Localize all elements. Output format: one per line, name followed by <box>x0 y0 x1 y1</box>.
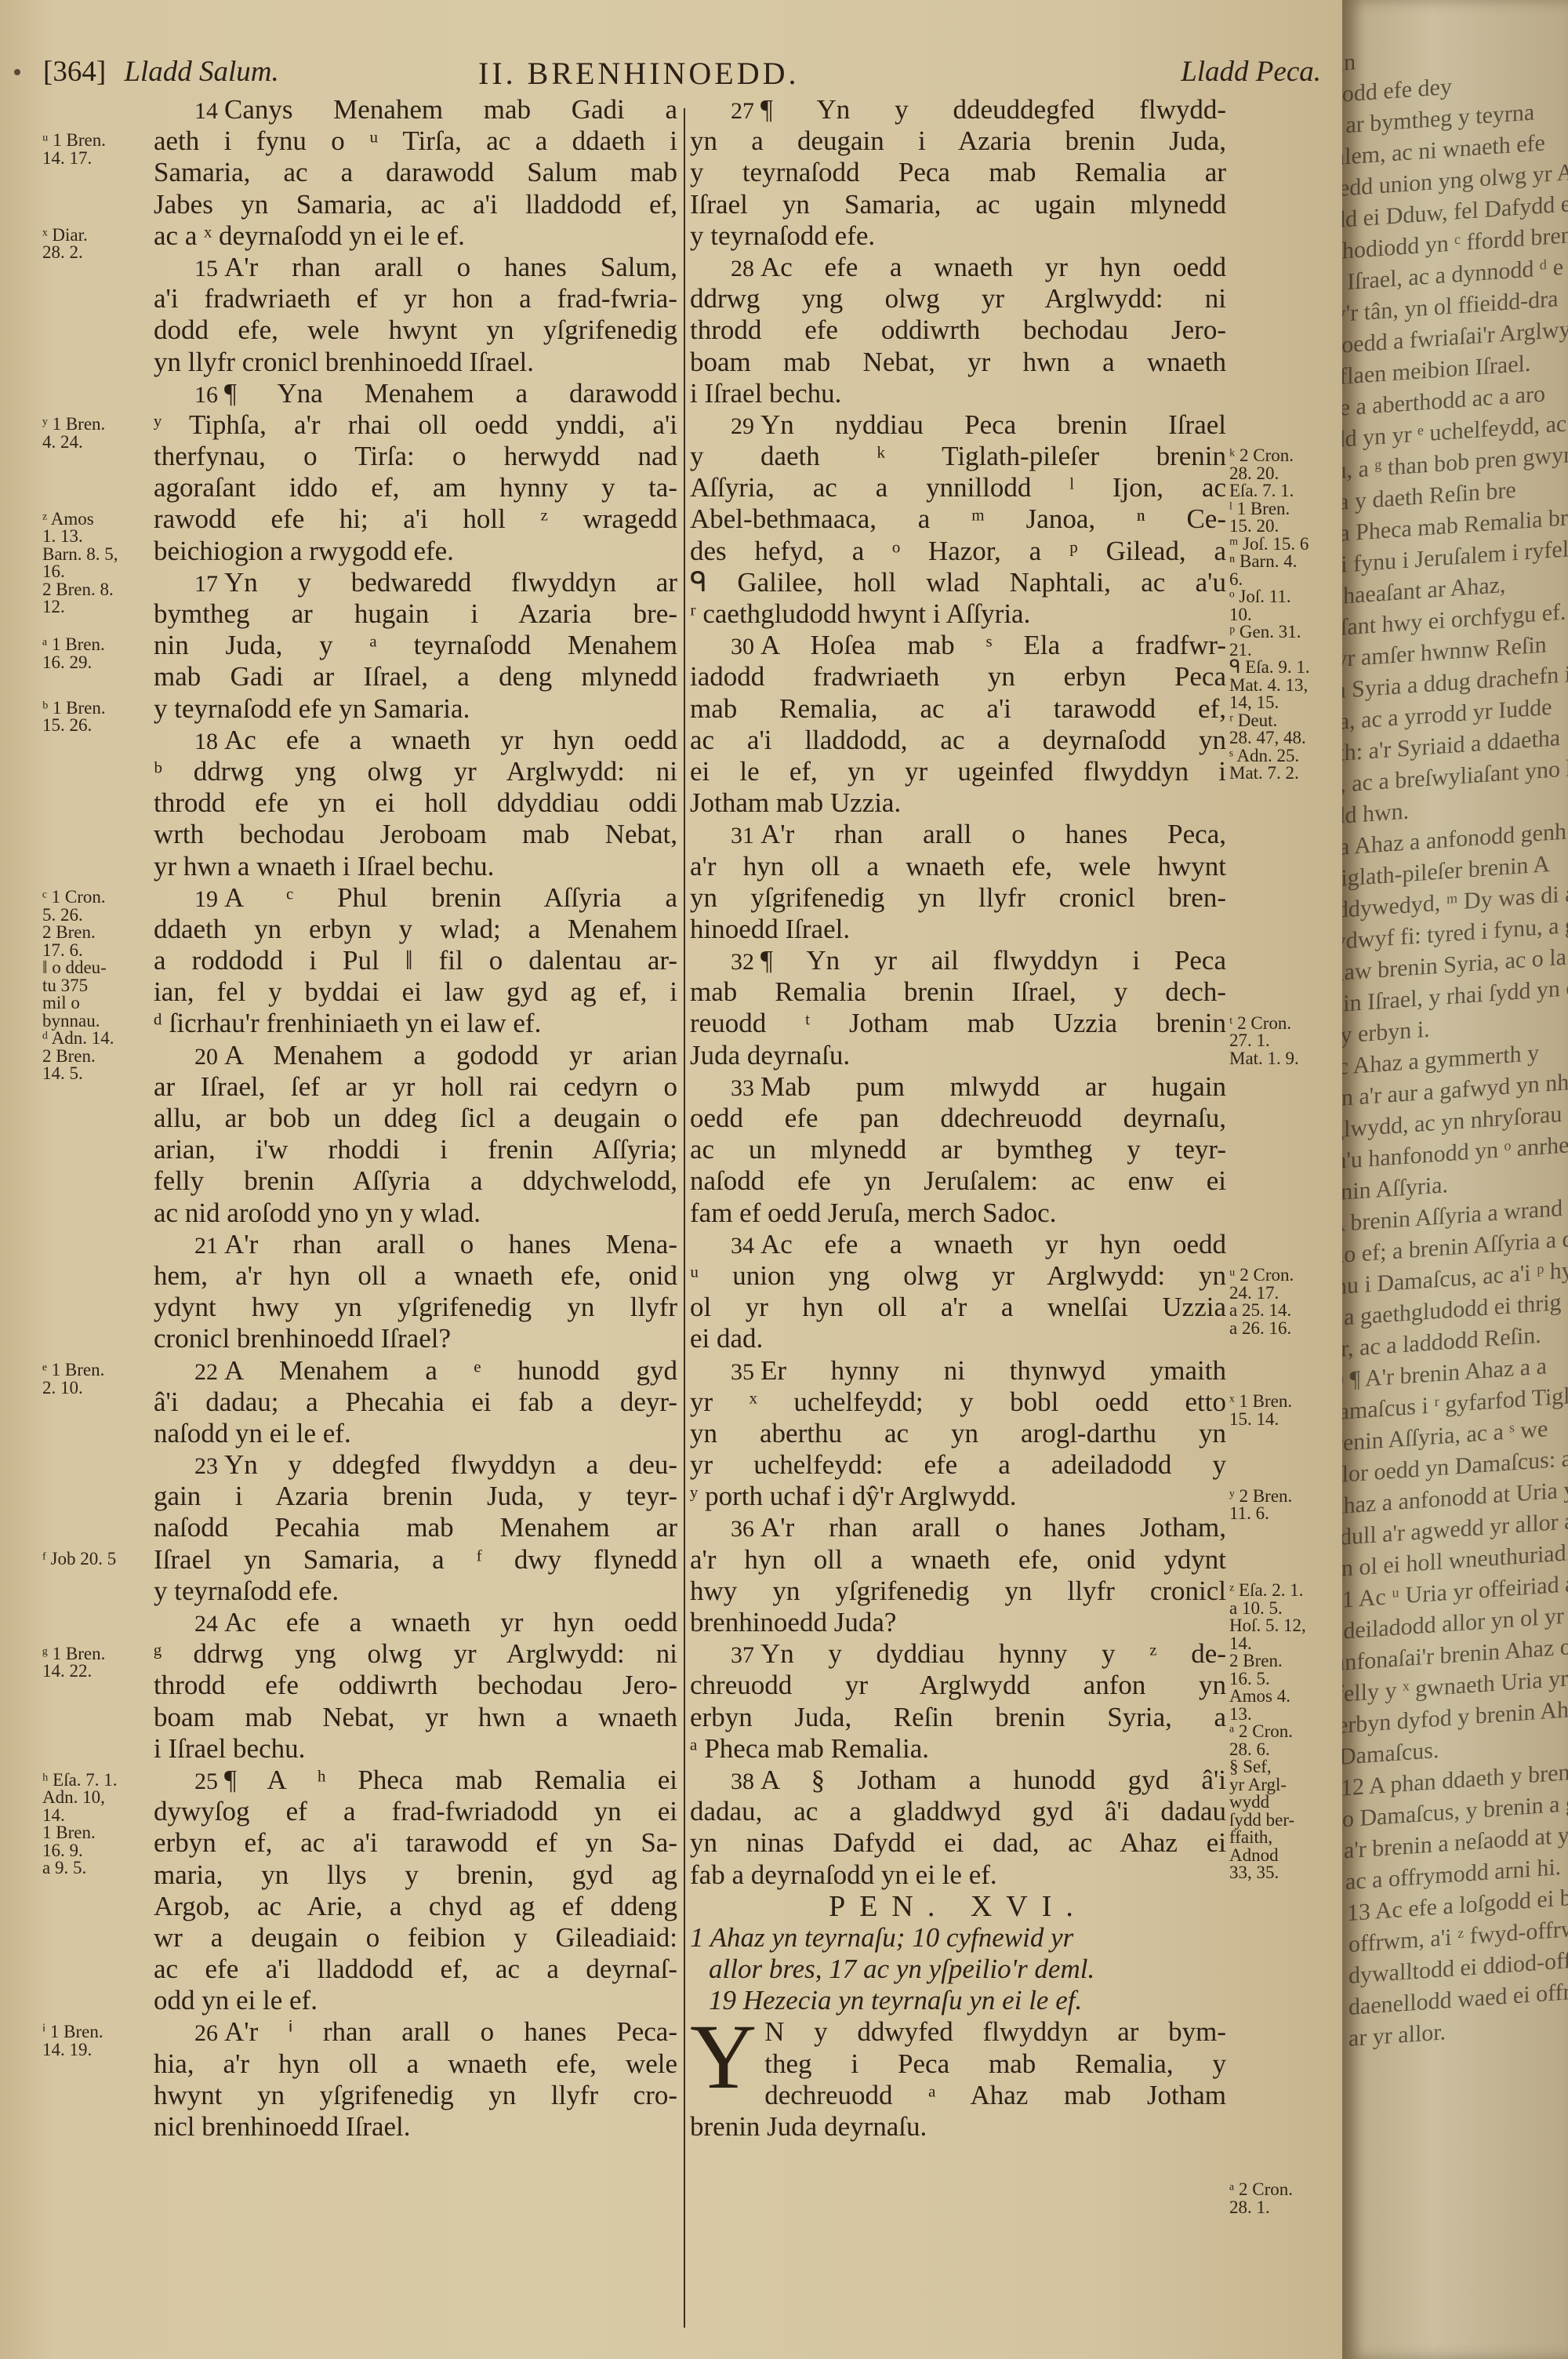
cross-reference-note: ᵍ 1 Bren.14. 22. <box>42 1645 105 1681</box>
cross-reference-line: ᵇ 1 Bren. <box>42 700 106 718</box>
text-line: yn aberthu ac yn arogl-darthu yn <box>690 1418 1226 1449</box>
verse-text: hwynt yn yſgrifenedig yn llyfr cro- <box>154 2080 677 2110</box>
text-line: ᵃ Pheca mab Remalia. <box>690 1733 1226 1765</box>
cross-reference-line: mil o <box>42 994 114 1012</box>
verse-start-line: 22A Menahem a ᵉ hunodd gyd <box>154 1355 677 1387</box>
text-line: i Iſrael bechu. <box>690 378 1226 409</box>
verse-text: A ᶜ Phul brenin Aſſyria a <box>224 882 677 913</box>
verse-text: des hefyd, a ᵒ Hazor, a ᵖ Gilead, a <box>690 536 1226 566</box>
verse-text: ¶ A ʰ Pheca mab Remalia ei <box>224 1765 677 1795</box>
cross-reference-line: ᵈ Adn. 14. <box>42 1030 114 1048</box>
text-line: bymtheg ar hugain i Azaria bre- <box>154 598 677 630</box>
text-line: ʸ porth uchaf i dŷ'r Arglwydd. <box>690 1481 1226 1512</box>
text-line: â'i dadau; a Phecahia ei fab a deyr- <box>154 1387 677 1418</box>
left-running-title: Lladd Salum. <box>124 56 278 88</box>
text-line: ei le ef, yn yr ugeinfed flwyddyn i <box>690 756 1226 787</box>
verse-number: 16 <box>194 382 218 408</box>
text-line: ddaeth yn erbyn y wlad; a Menahem <box>154 914 677 945</box>
text-line: beichiogion a rwygodd efe. <box>154 536 677 567</box>
text-line: i Iſrael bechu. <box>154 1733 677 1765</box>
text-line: therfynau, o Tirſa: o herwydd nad <box>154 441 677 472</box>
verse-number: 17 <box>194 571 218 597</box>
verse-start-line: 36A'r rhan arall o hanes Jotham, <box>690 1512 1226 1543</box>
cross-reference-line: ᵖ Gen. 31. <box>1229 623 1310 642</box>
text-line: rawodd efe hi; a'i holl ᶻ wragedd <box>154 503 677 535</box>
text-line: Juda deyrnaſu. <box>690 1040 1226 1071</box>
cross-reference-line: Adn. 10, <box>42 1789 118 1807</box>
cross-reference-line: ᵒ Joſ. 11. <box>1229 588 1310 606</box>
verse-text: Ac efe a wnaeth yr hyn oedd <box>224 725 677 755</box>
cross-reference-line: Adnod <box>1229 1847 1306 1865</box>
text-line: hwynt yn yſgrifenedig yn llyfr cro- <box>154 2080 677 2111</box>
cross-reference-line: tu 375 <box>42 977 114 995</box>
verse-text: Abel-bethmaaca, a ᵐ Janoa, ⁿ Ce- <box>690 503 1226 534</box>
cross-reference-line: 2. 10. <box>42 1379 104 1398</box>
verse-text: bymtheg ar hugain i Azaria bre- <box>154 598 677 629</box>
text-line: Jotham mab Uzzia. <box>690 787 1226 819</box>
verse-text: agoraſant iddo ef, am hynny y ta- <box>154 472 677 503</box>
cross-reference-line: 28. 47, 48. <box>1229 729 1310 747</box>
verse-text: Ac efe a wnaeth yr hyn oedd <box>760 1229 1226 1259</box>
text-line: erbyn ef, ac a'i tarawodd ef yn Sa- <box>154 1827 677 1859</box>
cross-reference-line: 21. <box>1229 642 1310 660</box>
verse-text: rawodd efe hi; a'i holl ᶻ wragedd <box>154 503 677 534</box>
cross-reference-line: ʳ Deut. <box>1229 712 1310 730</box>
text-line: hwy yn yſgrifenedig yn llyfr cronicl <box>690 1576 1226 1607</box>
verse-text: throdd efe oddiwrth bechodau Jero- <box>690 314 1226 345</box>
verse-start-line: 31A'r rhan arall o hanes Peca, <box>690 819 1226 850</box>
verse-text: throdd efe oddiwrth bechodau Jero- <box>154 1670 677 1700</box>
chapter-heading: PEN. XVI. <box>690 1891 1226 1922</box>
verse-start-line: 19A ᶜ Phul brenin Aſſyria a <box>154 882 677 914</box>
text-line: ʳ caethgludodd hwynt i Aſſyria. <box>690 598 1226 630</box>
verse-start-line: 34Ac efe a wnaeth yr hyn oedd <box>690 1229 1226 1260</box>
verse-text: ddrwg yng olwg yr Arglwydd: ni <box>690 283 1226 314</box>
verse-number: 27 <box>731 98 754 124</box>
opening-verse-lines: N y ddwyfed flwyddyn ar bym-theg i Peca … <box>690 2016 1226 2143</box>
cross-reference-line: 1. 13. <box>42 528 118 546</box>
cross-reference-line: 16. 9. <box>42 1842 118 1860</box>
verse-text: ac un mlynedd ar bymtheg y teyr- <box>690 1134 1226 1165</box>
text-line: ddrwg yng olwg yr Arglwydd: ni <box>690 283 1226 314</box>
verse-text: ac a ˣ deyrnaſodd yn ei le ef. <box>154 220 465 251</box>
cross-reference-line: 6. <box>1229 571 1310 589</box>
cross-reference-note: ᵗ 2 Cron.27. 1.Mat. 1. 9. <box>1229 1015 1299 1068</box>
text-line: ar Iſrael, ſef ar yr holl rai cedyrn o <box>154 1071 677 1103</box>
cross-reference-note: ᶠ Job 20. 5 <box>42 1550 116 1568</box>
verse-number: 18 <box>194 729 218 754</box>
text-line: oedd efe pan ddechreuodd deyrnaſu, <box>690 1103 1226 1134</box>
text-line: a'r hyn oll a wnaeth efe, wele hwynt <box>690 851 1226 882</box>
cross-reference-line: a 26. 16. <box>1229 1320 1294 1338</box>
verse-text: wr a deugain o feibion y Gileadiaid: <box>154 1922 677 1953</box>
text-line: y teyrnaſodd efe. <box>690 220 1226 252</box>
verse-text: yn ninas Dafydd ei dad, ac Ahaz ei <box>690 1827 1226 1858</box>
text-line: yn a deugain i Azaria brenin Juda, <box>690 125 1226 157</box>
opening-verse-line: theg i Peca mab Remalia, y <box>690 2048 1226 2080</box>
cross-reference-line: 15. 20. <box>1229 518 1310 536</box>
right-running-title: Lladd Peca. <box>1181 55 1321 89</box>
verse-number: 37 <box>731 1642 754 1668</box>
cross-reference-line: 1 Bren. <box>42 1824 118 1842</box>
text-line: yn llyfr cronicl brenhinoedd Iſrael. <box>154 347 677 378</box>
verse-text: naſodd Pecahia mab Menahem ar <box>154 1512 677 1543</box>
verse-text: yr ˣ uchelfeydd; y bobl oedd etto <box>690 1387 1226 1417</box>
text-line: dywyſog ef a frad-fwriadodd yn ei <box>154 1796 677 1827</box>
verse-start-line: 25¶ A ʰ Pheca mab Remalia ei <box>154 1765 677 1796</box>
cross-reference-line: ᵘ 1 Bren. <box>42 132 106 150</box>
verse-text: yn llyfr cronicl brenhinoedd Iſrael. <box>154 347 534 377</box>
verse-text: Ac efe a wnaeth yr hyn oedd <box>224 1607 677 1637</box>
verse-text: ᵍ ddrwg yng olwg yr Arglwydd: ni <box>154 1638 677 1669</box>
text-line: y teyrnaſodd Peca mab Remalia ar <box>690 157 1226 188</box>
text-line: throdd efe oddiwrth bechodau Jero- <box>154 1670 677 1701</box>
verse-text: mab Gadi ar Iſrael, a deng mlynedd <box>154 661 677 692</box>
text-line: agoraſant iddo ef, am hynny y ta- <box>154 472 677 503</box>
verse-number: 33 <box>731 1075 754 1101</box>
text-line: odd yn ei le ef. <box>154 1985 677 2016</box>
verse-text: â'i dadau; a Phecahia ei fab a deyr- <box>154 1387 677 1417</box>
text-line: ᵈ ſicrhau'r frenhiniaeth yn ei law ef. <box>154 1008 677 1039</box>
text-line: chreuodd yr Arglwydd anfon yn <box>690 1670 1226 1701</box>
cross-reference-line: ᶻ Eſa. 2. 1. <box>1229 1582 1306 1600</box>
verse-text: boam mab Nebat, yr hwn a wnaeth <box>154 1702 677 1732</box>
verse-start-line: 26A'r ⁱ rhan arall o hanes Peca- <box>154 2016 677 2048</box>
verse-text: ac a'i lladdodd, ac a deyrnaſodd yn <box>690 725 1226 755</box>
book-title: II. BRENHINOEDD. <box>478 55 800 92</box>
cross-reference-note: ᵃ 2 Cron.28. 1. <box>1229 2181 1293 2216</box>
verse-text: hia, a'r hyn oll a wnaeth efe, wele <box>154 2048 677 2079</box>
cross-reference-note: ᵉ 1 Bren.2. 10. <box>42 1361 104 1397</box>
verse-text: A Menahem a ᵉ hunodd gyd <box>224 1355 677 1386</box>
verse-text: dadau, ac a gladdwyd gyd â'i dadau <box>690 1796 1226 1826</box>
text-line: ac un mlynedd ar bymtheg y teyr- <box>690 1134 1226 1165</box>
text-line: yn yſgrifenedig yn llyfr cronicl bren- <box>690 882 1226 914</box>
cross-reference-line: 10. <box>1229 606 1310 624</box>
text-line: nicl brenhinoedd Iſrael. <box>154 2111 677 2143</box>
verse-text: nin Juda, y ᵃ teyrnaſodd Menahem <box>154 630 677 660</box>
cross-reference-line: 28. 20. <box>1229 465 1310 483</box>
cross-reference-line: 14. 5. <box>42 1065 114 1083</box>
verse-text: y teyrnaſodd efe yn Samaria. <box>154 693 470 724</box>
cross-reference-line: a 25. 14. <box>1229 1302 1294 1320</box>
verse-text: A Hoſea mab ˢ Ela a fradfwr- <box>760 630 1226 660</box>
cross-reference-line: 24. 17. <box>1229 1285 1294 1303</box>
verse-text: A Menahem a gododd yr arian <box>224 1040 677 1070</box>
verse-text: a'i fradwriaeth ef yr hon a frad-fwria- <box>154 283 677 314</box>
text-line: a'r hyn oll a wnaeth efe, onid ydynt <box>690 1544 1226 1576</box>
cross-reference-line: ˣ 1 Bren. <box>1229 1393 1292 1411</box>
verse-number: 26 <box>194 2020 218 2046</box>
verse-text: aeth i fynu o ᵘ Tirſa, ac a ddaeth i <box>154 125 677 156</box>
verse-text: ʸ Tiphſa, a'r rhai oll oedd ynddi, a'i <box>154 409 677 440</box>
cross-reference-line: a 10. 5. <box>1229 1600 1306 1618</box>
cross-reference-line: 14. 17. <box>42 150 106 168</box>
cross-reference-note: ᵘ 1 Bren.14. 17. <box>42 132 106 167</box>
verse-start-line: 32¶ Yn yr ail flwyddyn i Peca <box>690 945 1226 976</box>
cross-reference-line: 17. 6. <box>42 942 114 960</box>
text-line: throdd efe oddiwrth bechodau Jero- <box>690 314 1226 346</box>
text-line: Jabes yn Samaria, ac a'i lladdodd ef, <box>154 189 677 220</box>
verse-text: Yn y dyddiau hynny y ᶻ de- <box>760 1638 1226 1669</box>
verse-text: Yn y ddegfed flwyddyn a deu- <box>224 1449 677 1480</box>
cross-reference-line: 14. <box>1229 1635 1306 1653</box>
verse-text: dywyſog ef a frad-fwriadodd yn ei <box>154 1796 677 1826</box>
verse-start-line: 35Er hynny ni thynwyd ymaith <box>690 1355 1226 1387</box>
text-line: brenhinoedd Juda? <box>690 1607 1226 1638</box>
verse-text: ᵈ ſicrhau'r frenhiniaeth yn ei law ef. <box>154 1008 541 1038</box>
book-page-left: [364] Lladd Salum. II. BRENHINOEDD. Llad… <box>0 0 1348 2359</box>
text-line: allu, ar bob un ddeg ſicl a deugain o <box>154 1103 677 1134</box>
verse-number: 29 <box>731 413 754 439</box>
cross-reference-line: ᵍ 1 Bren. <box>42 1645 105 1663</box>
verse-text: brenhinoedd Juda? <box>690 1607 896 1637</box>
verse-text: erbyn ef, ac a'i tarawodd ef yn Sa- <box>154 1827 677 1858</box>
cross-reference-line: 2 Bren. <box>42 924 114 942</box>
verse-text: oedd efe pan ddechreuodd deyrnaſu, <box>690 1103 1226 1133</box>
cross-reference-line: ſydd ber- <box>1229 1812 1306 1830</box>
cross-reference-note: ᵃ 1 Bren.16. 29. <box>42 636 105 671</box>
text-column-right: 27¶ Yn y ddeuddegfed flwydd-yn a deugain… <box>690 94 1226 2143</box>
verse-number: 22 <box>194 1359 218 1385</box>
verse-text: y teyrnaſodd efe. <box>690 220 875 251</box>
cross-reference-line: ffaith, <box>1229 1829 1306 1847</box>
text-line: ᵘ union yng olwg yr Arglwydd: yn <box>690 1260 1226 1292</box>
verse-text: yn a deugain i Azaria brenin Juda, <box>690 125 1226 156</box>
margin-dot <box>14 69 20 75</box>
cross-reference-line: 13. <box>1229 1706 1306 1724</box>
text-line: Samaria, ac a darawodd Salum mab <box>154 157 677 188</box>
text-line: y teyrnaſodd efe. <box>154 1576 677 1607</box>
text-line: naſodd efe yn Jeruſalem: ac enw ei <box>690 1165 1226 1197</box>
cross-reference-line: wydd <box>1229 1794 1306 1812</box>
verse-text: boam mab Nebat, yr hwn a wnaeth <box>690 347 1226 377</box>
verse-number: 38 <box>731 1768 754 1794</box>
cross-reference-line: 12. <box>42 598 118 616</box>
cross-reference-line: 27. 1. <box>1229 1032 1299 1050</box>
chapter-16-opening: Y N y ddwyfed flwyddyn ar bym-theg i Pec… <box>690 2016 1226 2143</box>
chapter-summary-line: allor bres, 17 ac yn yſpeilio'r deml. <box>690 1954 1226 1985</box>
verse-text: A'r rhan arall o hanes Jotham, <box>760 1512 1226 1543</box>
cross-reference-line: ᶜ 1 Cron. <box>42 889 114 907</box>
text-line: ᑫ Galilee, holl wlad Naphtali, ac a'u <box>690 567 1226 598</box>
verse-start-line: 28Ac efe a wnaeth yr hyn oedd <box>690 252 1226 283</box>
verse-number: 30 <box>731 634 754 660</box>
verse-text: yn yſgrifenedig yn llyfr cronicl bren- <box>690 882 1226 913</box>
cross-reference-line: 28. 2. <box>42 244 88 262</box>
text-line: wr a deugain o feibion y Gileadiaid: <box>154 1922 677 1954</box>
cross-reference-line: 16. <box>42 563 118 581</box>
chapter-summary-line: 19 Hezecia yn teyrnaſu yn ei le ef. <box>690 1985 1226 2016</box>
chapter-summary: 1 Ahaz yn teyrnaſu; 10 cyfnewid yrallor … <box>690 1922 1226 2017</box>
cross-reference-note: ʰ Eſa. 7. 1.Adn. 10,14.1 Bren.16. 9.a 9.… <box>42 1772 118 1877</box>
text-line: ei dad. <box>690 1323 1226 1354</box>
text-column-left: 14Canys Menahem mab Gadi aaeth i fynu o … <box>154 94 677 2143</box>
verse-text: ¶ Yn y ddeuddegfed flwydd- <box>760 94 1226 125</box>
verse-start-line: 21A'r rhan arall o hanes Mena- <box>154 1229 677 1260</box>
text-line: maria, yn llys y brenin, gyd ag <box>154 1859 677 1891</box>
cross-reference-line: 14. 19. <box>42 2041 103 2059</box>
verse-text: yn aberthu ac yn arogl-darthu yn <box>690 1418 1226 1448</box>
verse-start-line: 30A Hoſea mab ˢ Ela a fradfwr- <box>690 630 1226 661</box>
verse-start-line: 27¶ Yn y ddeuddegfed flwydd- <box>690 94 1226 125</box>
verse-text: i Iſrael bechu. <box>690 378 841 409</box>
text-line: yr uchelfeydd: efe a adeiladodd y <box>690 1449 1226 1481</box>
cross-reference-line: 2 Bren. 8. <box>42 581 118 599</box>
text-line: yr hwn a wnaeth i Iſrael bechu. <box>154 851 677 882</box>
text-line: mab Remalia, ac a'i tarawodd ef, <box>690 693 1226 725</box>
verse-text: Jabes yn Samaria, ac a'i lladdodd ef, <box>154 189 677 220</box>
cross-reference-line: ᑫ Eſa. 9. 1. <box>1229 659 1310 677</box>
text-line: y daeth ᵏ Tiglath-pileſer brenin <box>690 441 1226 472</box>
cross-reference-line: 5. 26. <box>42 907 114 925</box>
cross-reference-line: ᵃ 2 Cron. <box>1229 1723 1306 1741</box>
verse-text: fam ef oedd Jeruſa, merch Sadoc. <box>690 1198 1056 1228</box>
cross-reference-line: 15. 26. <box>42 717 106 735</box>
verse-text: ydynt hwy yn yſgrifenedig yn llyfr <box>154 1292 677 1322</box>
verse-text: ar Iſrael, ſef ar yr holl rai cedyrn o <box>154 1071 677 1102</box>
cross-reference-line: 33, 35. <box>1229 1864 1306 1882</box>
text-line: ydynt hwy yn yſgrifenedig yn llyfr <box>154 1292 677 1323</box>
cross-reference-note: ᵏ 2 Cron.28. 20.Eſa. 7. 1.ˡ 1 Bren.15. 2… <box>1229 447 1310 783</box>
text-line: yn ninas Dafydd ei dad, ac Ahaz ei <box>690 1827 1226 1859</box>
verse-number: 28 <box>731 256 754 282</box>
text-line: a'i fradwriaeth ef yr hon a frad-fwria- <box>154 283 677 314</box>
cross-reference-line: ˢ Adn. 25. <box>1229 747 1310 765</box>
text-line: mab Remalia brenin Iſrael, y dech- <box>690 976 1226 1008</box>
verse-text: ᑫ Galilee, holl wlad Naphtali, ac a'u <box>690 567 1226 598</box>
verse-text: Jotham mab Uzzia. <box>690 787 901 818</box>
facing-page-curl: Mab ugainddechreuodd efe deymlynedd ar b… <box>1342 0 1568 2359</box>
verse-number: 24 <box>194 1611 218 1637</box>
text-line: boam mab Nebat, yr hwn a wnaeth <box>154 1702 677 1733</box>
cross-reference-line: ᵘ 2 Cron. <box>1229 1267 1294 1285</box>
cross-reference-line: Mat. 1. 9. <box>1229 1050 1299 1068</box>
cross-reference-line: ᶠ Job 20. 5 <box>42 1550 116 1568</box>
verse-number: 19 <box>194 886 218 912</box>
cross-reference-line: ᵐ Joſ. 15. 6 <box>1229 536 1310 554</box>
text-line: ac a ˣ deyrnaſodd yn ei le ef. <box>154 220 677 252</box>
text-line: Argob, ac Arie, a chyd ag ef ddeng <box>154 1891 677 1922</box>
cross-reference-line: Barn. 8. 5, <box>42 546 118 564</box>
cross-reference-line: ʸ 1 Bren. <box>42 416 105 434</box>
cross-reference-line: 28. 1. <box>1229 2199 1293 2217</box>
verse-text: ᵃ Pheca mab Remalia. <box>690 1733 929 1764</box>
verse-text: odd yn ei le ef. <box>154 1985 318 2016</box>
text-line: yr ˣ uchelfeydd; y bobl oedd etto <box>690 1387 1226 1418</box>
verse-number: 23 <box>194 1453 218 1479</box>
text-line: a roddodd i Pul ‖ fil o dalentau ar- <box>154 945 677 976</box>
verse-text: Canys Menahem mab Gadi a <box>224 94 677 125</box>
verse-start-line: 14Canys Menahem mab Gadi a <box>154 94 677 125</box>
cross-reference-line: ᵃ 1 Bren. <box>42 636 105 654</box>
chapter-15-verses: 27¶ Yn y ddeuddegfed flwydd-yn a deugain… <box>690 94 1226 1891</box>
verse-start-line: 33Mab pum mlwydd ar hugain <box>690 1071 1226 1103</box>
cross-reference-line: 16. 5. <box>1229 1670 1306 1688</box>
verse-text: A § Jotham a hunodd gyd â'i <box>760 1765 1226 1795</box>
text-line: erbyn Juda, Reſin brenin Syria, a <box>690 1702 1226 1733</box>
opening-verse-line: N y ddwyfed flwyddyn ar bym- <box>690 2016 1226 2048</box>
cross-reference-line: ᵏ 2 Cron. <box>1229 447 1310 465</box>
verse-text: ol yr hyn oll a'r a wnelſai Uzzia <box>690 1292 1226 1322</box>
verse-text: A'r rhan arall o hanes Salum, <box>224 252 677 282</box>
verse-text: y teyrnaſodd efe. <box>154 1576 339 1606</box>
verse-text: naſodd yn ei le ef. <box>154 1418 351 1448</box>
verse-text: ʳ caethgludodd hwynt i Aſſyria. <box>690 598 1030 629</box>
verse-text: ian, fel y byddai ei law gyd ag ef, i <box>154 976 677 1007</box>
verse-start-line: 20A Menahem a gododd yr arian <box>154 1040 677 1071</box>
text-line: hem, a'r hyn oll a wnaeth efe, onid <box>154 1260 677 1292</box>
verse-start-line: 18Ac efe a wnaeth yr hyn oedd <box>154 725 677 756</box>
cross-reference-line: 2 Bren. <box>1229 1652 1306 1670</box>
column-divider-rule <box>684 108 685 2328</box>
cross-reference-line: Mat. 4. 13, <box>1229 677 1310 695</box>
text-line: wrth bechodau Jeroboam mab Nebat, <box>154 819 677 850</box>
verse-start-line: 37Yn y dyddiau hynny y ᶻ de- <box>690 1638 1226 1670</box>
cross-reference-line: 14, 15. <box>1229 694 1310 712</box>
cross-reference-line: Eſa. 7. 1. <box>1229 482 1310 500</box>
verse-text: mab Remalia brenin Iſrael, y dech- <box>690 976 1226 1007</box>
text-line: naſodd Pecahia mab Menahem ar <box>154 1512 677 1543</box>
verse-text: felly brenin Aſſyria a ddychwelodd, <box>154 1165 677 1196</box>
cross-reference-line: ʸ 2 Bren. <box>1229 1488 1292 1506</box>
verse-text: yr uchelfeydd: efe a adeiladodd y <box>690 1449 1226 1480</box>
verse-text: hwy yn yſgrifenedig yn llyfr cronicl <box>690 1576 1226 1606</box>
verse-text: ᵘ union yng olwg yr Arglwydd: yn <box>690 1260 1226 1291</box>
text-line: ʸ Tiphſa, a'r rhai oll oedd ynddi, a'i <box>154 409 677 441</box>
verse-text: Yn y bedwaredd flwyddyn ar <box>224 567 677 598</box>
cross-reference-note: ᵇ 1 Bren.15. 26. <box>42 700 106 735</box>
cross-reference-line: bynnau. <box>42 1012 114 1030</box>
text-line: reuodd ᵗ Jotham mab Uzzia brenin <box>690 1008 1226 1039</box>
verse-text: Mab pum mlwydd ar hugain <box>760 1071 1226 1102</box>
verse-text: a'r hyn oll a wnaeth efe, wele hwynt <box>690 851 1226 881</box>
verse-text: cronicl brenhinoedd Iſrael? <box>154 1323 451 1354</box>
verse-text: ¶ Yn yr ail flwyddyn i Peca <box>760 945 1226 976</box>
text-line: ac a'i lladdodd, ac a deyrnaſodd yn <box>690 725 1226 756</box>
verse-text: wrth bechodau Jeroboam mab Nebat, <box>154 819 677 849</box>
verse-text: i Iſrael bechu. <box>154 1733 305 1764</box>
verse-start-line: 38A § Jotham a hunodd gyd â'i <box>690 1765 1226 1796</box>
verse-text: Argob, ac Arie, a chyd ag ef ddeng <box>154 1891 677 1921</box>
verse-text: therfynau, o Tirſa: o herwydd nad <box>154 441 677 471</box>
verse-text: A'r rhan arall o hanes Peca, <box>760 819 1226 849</box>
cross-reference-line: 4. 24. <box>42 434 105 452</box>
verse-start-line: 24Ac efe a wnaeth yr hyn oedd <box>154 1607 677 1638</box>
verse-number: 34 <box>731 1233 754 1259</box>
verse-text: ei le ef, yn yr ugeinfed flwyddyn i <box>690 756 1226 787</box>
cross-reference-note: ʸ 1 Bren.4. 24. <box>42 416 105 451</box>
opening-verse-line: brenin Juda deyrnaſu. <box>690 2111 1226 2143</box>
verse-text: ʸ porth uchaf i dŷ'r Arglwydd. <box>690 1481 1017 1511</box>
verse-start-line: 29Yn nyddiau Peca brenin Iſrael <box>690 409 1226 441</box>
verse-text: Ac efe a wnaeth yr hyn oedd <box>760 252 1226 282</box>
cross-reference-line: 11. 6. <box>1229 1505 1292 1523</box>
verse-text: hinoedd Iſrael. <box>690 914 850 944</box>
text-line: aeth i fynu o ᵘ Tirſa, ac a ddaeth i <box>154 125 677 157</box>
cross-reference-line: ‖ o ddeu- <box>42 959 114 977</box>
verse-number: 14 <box>194 98 218 124</box>
verse-text: a roddodd i Pul ‖ fil o dalentau ar- <box>154 945 677 976</box>
chapter-summary-line: 1 Ahaz yn teyrnaſu; 10 cyfnewid yr <box>690 1922 1226 1954</box>
cross-reference-line: ˡ 1 Bren. <box>1229 500 1310 518</box>
running-head: [364] Lladd Salum. II. BRENHINOEDD. Llad… <box>43 55 1321 94</box>
verse-text: Yn nyddiau Peca brenin Iſrael <box>760 409 1226 440</box>
verse-text: Iſrael yn Samaria, ac ugain mlynedd <box>690 189 1226 220</box>
verse-text: fab a deyrnaſodd yn ei le ef. <box>690 1859 997 1890</box>
verse-text: a'r hyn oll a wnaeth efe, onid ydynt <box>690 1544 1226 1575</box>
verse-text: y daeth ᵏ Tiglath-pileſer brenin <box>690 441 1226 471</box>
